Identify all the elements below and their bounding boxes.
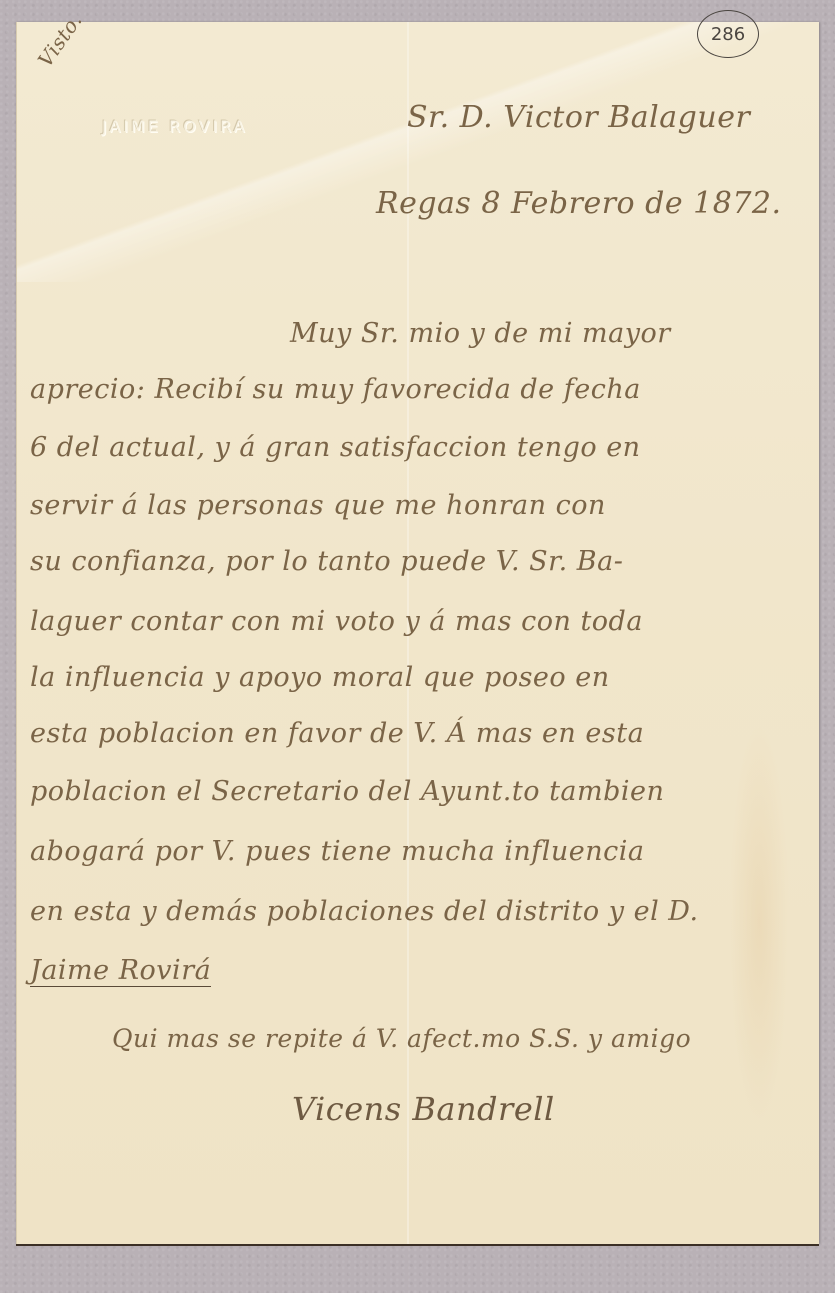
body-line: su confianza, por lo tanto puede V. Sr. … [30,546,623,577]
dateline: Regas 8 Febrero de 1872. [376,186,782,221]
body-line: aprecio: Recibí su muy favorecida de fec… [30,374,641,405]
signature: Vicens Bandrell [292,1090,555,1128]
embossed-letterhead: JAIME ROVIRA [102,117,248,136]
body-line: laguer contar con mi voto y á mas con to… [30,606,643,637]
body-line: 6 del actual, y á gran satisfaccion teng… [30,432,641,463]
body-line: servir á las personas que me honran con [30,490,606,521]
body-line: abogará por V. pues tiene mucha influenc… [30,836,645,867]
body-line: esta poblacion en favor de V. Á mas en e… [30,718,644,749]
paper-stain [729,722,789,1122]
archive-number-text: 286 [711,24,745,45]
salutation: Muy Sr. mio y de mi mayor [290,318,671,349]
addressee: Sr. D. Victor Balaguer [407,100,750,135]
body-line-underlined-name: Jaime Rovirá [30,955,211,987]
archive-number-circled: 286 [697,10,759,58]
body-line: la influencia y apoyo moral que poseo en [30,662,610,693]
closing-line: Qui mas se repite á V. afect.mo S.S. y a… [112,1024,691,1053]
body-line: en esta y demás poblaciones del distrito… [30,896,699,927]
body-line: poblacion el Secretario del Ayunt.to tam… [30,776,664,807]
